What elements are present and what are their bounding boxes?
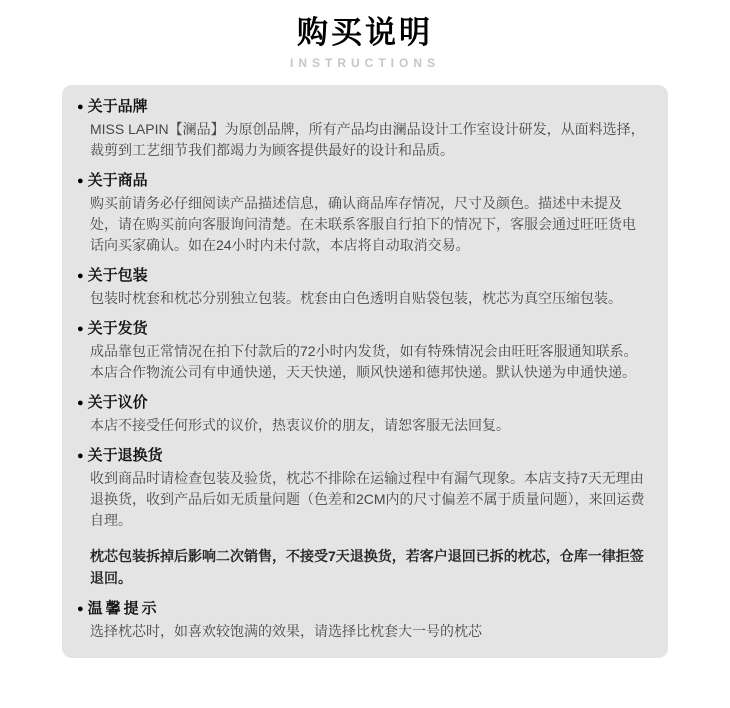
section-heading: 关于商品: [88, 170, 148, 192]
section-heading: 关于议价: [88, 392, 148, 414]
bullet-icon: ●: [77, 265, 84, 287]
section-note: 枕芯包装拆掉后影响二次销售，不接受7天退换货，若客户退回已拆的枕芯，仓库一律拒签…: [90, 545, 648, 589]
bullet-icon: ●: [77, 318, 84, 340]
instruction-section: ● 关于品牌 MISS LAPIN【澜品】为原创品牌，所有产品均由澜品设计工作室…: [62, 96, 668, 161]
section-paragraph: 购买前请务必仔细阅读产品描述信息，确认商品库存情况，尺寸及颜色。描述中未提及处，…: [90, 193, 648, 256]
section-paragraph: 成品靠包正常情况在拍下付款后的72小时内发货，如有特殊情况会由旺旺客服通知联系。…: [90, 341, 648, 383]
instruction-section: ● 关于包装 包装时枕套和枕芯分别独立包装。枕套由白色透明自贴袋包装，枕芯为真空…: [62, 265, 668, 309]
section-paragraph: 本店不接受任何形式的议价，热衷议价的朋友，请恕客服无法回复。: [90, 415, 648, 436]
instruction-section: ● 温馨提示 选择枕芯时，如喜欢较饱满的效果，请选择比枕套大一号的枕芯: [62, 598, 668, 642]
section-header: ● 关于包装: [77, 265, 648, 287]
page-title: 购买说明: [0, 15, 730, 51]
bullet-icon: ●: [77, 96, 84, 118]
bullet-icon: ●: [77, 445, 84, 467]
section-paragraph: 选择枕芯时，如喜欢较饱满的效果，请选择比枕套大一号的枕芯: [90, 621, 648, 642]
instruction-section: ● 关于商品 购买前请务必仔细阅读产品描述信息，确认商品库存情况，尺寸及颜色。描…: [62, 170, 668, 256]
section-header: ● 关于退换货: [77, 445, 648, 467]
section-paragraph: 收到商品时请检查包装及验货，枕芯不排除在运输过程中有漏气现象。本店支持7天无理由…: [90, 468, 648, 531]
page-header: 购买说明 INSTRUCTIONS: [0, 0, 730, 70]
section-heading: 关于品牌: [88, 96, 148, 118]
section-heading: 关于包装: [88, 265, 148, 287]
section-heading: 关于发货: [88, 318, 148, 340]
page-subtitle: INSTRUCTIONS: [0, 56, 730, 70]
bullet-icon: ●: [77, 392, 84, 414]
instruction-section: ● 关于退换货 收到商品时请检查包装及验货，枕芯不排除在运输过程中有漏气现象。本…: [62, 445, 668, 589]
section-paragraph: MISS LAPIN【澜品】为原创品牌，所有产品均由澜品设计工作室设计研发，从面…: [90, 119, 648, 161]
section-paragraph: 包装时枕套和枕芯分别独立包装。枕套由白色透明自贴袋包装，枕芯为真空压缩包装。: [90, 288, 648, 309]
section-header: ● 温馨提示: [77, 598, 648, 620]
instructions-panel: ● 关于品牌 MISS LAPIN【澜品】为原创品牌，所有产品均由澜品设计工作室…: [62, 85, 668, 658]
section-heading: 关于退换货: [88, 445, 163, 467]
section-heading: 温馨提示: [88, 598, 160, 620]
section-header: ● 关于品牌: [77, 96, 648, 118]
section-header: ● 关于发货: [77, 318, 648, 340]
bullet-icon: ●: [77, 598, 84, 620]
instruction-section: ● 关于发货 成品靠包正常情况在拍下付款后的72小时内发货，如有特殊情况会由旺旺…: [62, 318, 668, 383]
section-header: ● 关于议价: [77, 392, 648, 414]
bullet-icon: ●: [77, 170, 84, 192]
section-header: ● 关于商品: [77, 170, 648, 192]
instruction-section: ● 关于议价 本店不接受任何形式的议价，热衷议价的朋友，请恕客服无法回复。: [62, 392, 668, 436]
